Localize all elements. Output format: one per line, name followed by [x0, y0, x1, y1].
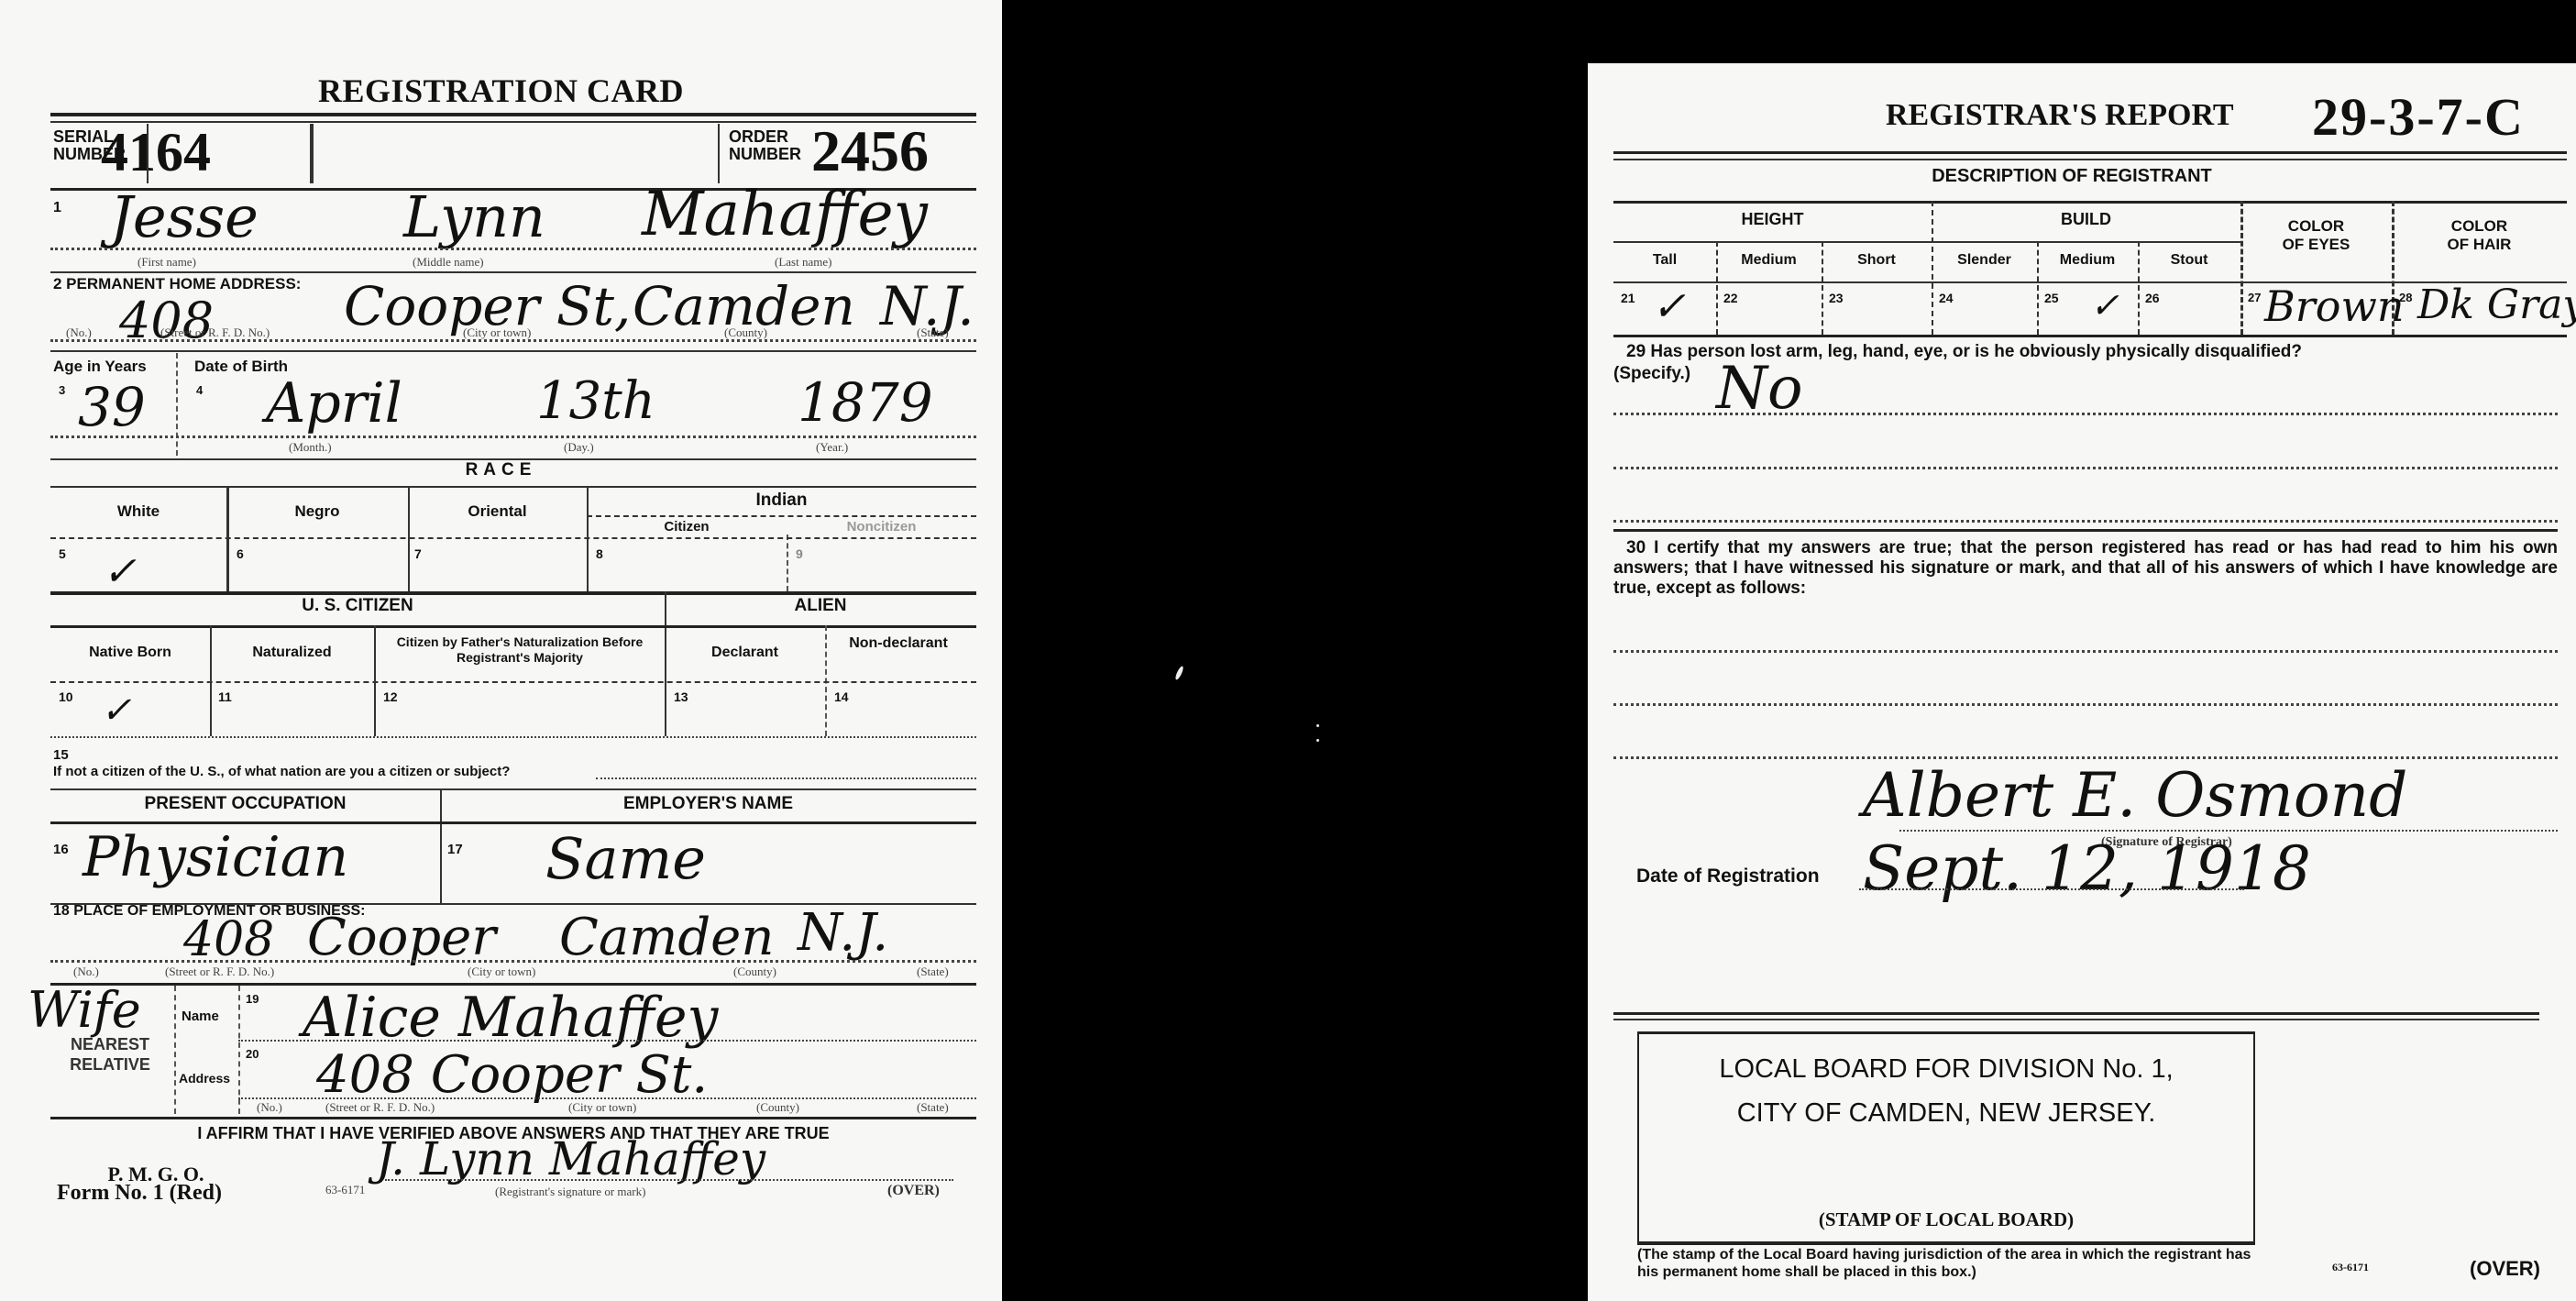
divider — [587, 515, 976, 517]
hair-color-value: Dk Gray — [2417, 281, 2576, 328]
order-number-value: 2456 — [811, 117, 929, 185]
native-born-check: ✓ — [101, 689, 132, 732]
divider — [1613, 159, 2567, 160]
divider — [1613, 151, 2567, 154]
dob-year-value: 1879 — [798, 371, 933, 434]
question-number: 1 — [53, 200, 61, 216]
stamp-footnote: (The stamp of the Local Board having jur… — [1637, 1246, 2261, 1281]
divider — [440, 788, 442, 903]
field-caption: (City or town) — [568, 1100, 636, 1115]
fill-line — [238, 1097, 976, 1099]
fill-line — [1613, 650, 2558, 653]
height-header: HEIGHT — [1613, 210, 1932, 229]
question-number: 15 — [53, 747, 69, 763]
divider — [50, 350, 976, 352]
field-caption: (Day.) — [564, 440, 594, 455]
over-label: (OVER) — [2470, 1257, 2540, 1281]
fill-line — [50, 960, 976, 963]
date-of-registration-value: Sept. 12, 1918 — [1863, 833, 2311, 904]
scan-artifact — [1316, 739, 1319, 742]
form-code: 63-6171 — [2332, 1261, 2369, 1274]
alien-column-nondeclarant: Non-declarant — [843, 634, 953, 652]
fill-line — [1613, 756, 2558, 759]
last-name-value: Mahaffey — [642, 179, 928, 249]
divider — [1613, 241, 2240, 243]
question-number: 10 — [59, 689, 73, 704]
employer-value: Same — [545, 825, 706, 892]
divider — [50, 821, 976, 824]
field-caption: (No.) — [73, 965, 99, 979]
relative-address-label: Address — [179, 1071, 230, 1086]
question-number: 5 — [59, 546, 66, 561]
registrant-signature: J. Lynn Mahaffey — [376, 1132, 765, 1185]
nearest-relative-label: NEAREST RELATIVE — [50, 1034, 170, 1075]
employment-address-state: N.J. — [798, 903, 888, 963]
home-address-label: 2 PERMANENT HOME ADDRESS: — [53, 275, 301, 293]
question-number: 24 — [1939, 291, 1954, 305]
divider — [1613, 1012, 2539, 1015]
field-caption: (County) — [733, 965, 776, 979]
field-caption: (No.) — [66, 325, 92, 340]
fill-line — [50, 248, 976, 250]
divider — [50, 271, 976, 273]
relative-address-value: 408 Cooper St. — [316, 1045, 708, 1105]
field-caption: (Street or R. F. D. No.) — [160, 325, 270, 340]
fill-line — [238, 1040, 976, 1042]
divider — [50, 625, 976, 628]
registrar-signature: Albert E. Osmond — [1863, 760, 2407, 831]
divider — [238, 986, 240, 1114]
divider — [50, 681, 976, 683]
height-column-short: Short — [1822, 252, 1932, 269]
build-medium-check: ✓ — [2090, 285, 2119, 325]
middle-name-value: Lynn — [403, 183, 545, 250]
serial-number-value: 4164 — [101, 121, 211, 184]
race-column-indian: Indian — [587, 491, 976, 511]
divider — [50, 788, 976, 790]
citizen-column-father: Citizen by Father's Naturalization Befor… — [380, 634, 659, 666]
build-column-stout: Stout — [2138, 252, 2240, 269]
report-code: 29-3-7-C — [2312, 86, 2525, 148]
question-number: 13 — [674, 689, 688, 704]
question-number: 20 — [246, 1047, 259, 1061]
race-white-check: ✓ — [103, 548, 137, 595]
dob-day-value: 13th — [536, 371, 655, 431]
stamp-line-1: LOCAL BOARD FOR DIVISION No. 1, — [1639, 1054, 2253, 1085]
age-label: Age in Years — [53, 358, 147, 376]
field-caption: (Year.) — [816, 440, 848, 455]
divider — [50, 1117, 976, 1119]
alien-title: ALIEN — [665, 596, 976, 616]
fill-line — [50, 436, 976, 438]
race-column-oriental: Oriental — [408, 502, 587, 521]
question-number: 26 — [2145, 291, 2160, 305]
first-name-value: Jesse — [110, 183, 259, 250]
question-number: 25 — [2044, 291, 2059, 305]
question-number: 3 — [59, 383, 65, 397]
race-column-white: White — [50, 502, 226, 521]
field-caption: (County) — [724, 325, 767, 340]
divider — [1613, 335, 2567, 337]
fill-line — [1613, 413, 2558, 415]
question-number: 6 — [237, 546, 244, 561]
field-caption: (First name) — [138, 255, 196, 270]
relative-name-label: Name — [182, 1009, 219, 1024]
question-number: 7 — [414, 546, 422, 561]
question-number: 14 — [834, 689, 849, 704]
date-of-registration-label: Date of Registration — [1636, 865, 1820, 888]
build-column-medium: Medium — [2037, 252, 2138, 269]
field-caption: (State) — [917, 325, 949, 340]
employment-address-street: Cooper — [307, 908, 496, 967]
fill-line — [1859, 888, 2244, 890]
alien-column-declarant: Declarant — [665, 645, 825, 661]
divider — [1613, 201, 2567, 204]
us-citizen-title: U. S. CITIZEN — [50, 596, 665, 616]
scan-artifact — [1316, 724, 1319, 727]
race-title: RACE — [0, 460, 1002, 480]
divider — [50, 113, 976, 116]
field-caption: (Street or R. F. D. No.) — [325, 1100, 435, 1115]
fill-line — [1613, 703, 2558, 706]
height-column-tall: Tall — [1613, 252, 1716, 269]
employment-address-number: 408 — [183, 912, 274, 967]
q15-text: If not a citizen of the U. S., of what n… — [53, 764, 510, 779]
divider — [665, 591, 666, 736]
field-caption: (City or town) — [463, 325, 531, 340]
divider — [1613, 1019, 2539, 1020]
question-number: 12 — [383, 689, 398, 704]
race-column-negro: Negro — [226, 502, 408, 521]
divider — [310, 124, 314, 183]
build-column-slender: Slender — [1932, 252, 2037, 269]
build-header: BUILD — [1932, 210, 2240, 229]
citizen-column-native: Native Born — [50, 645, 210, 661]
employer-header: EMPLOYER'S NAME — [440, 794, 976, 814]
race-column-indian-citizen: Citizen — [587, 519, 787, 535]
question-number: 19 — [246, 992, 259, 1006]
fill-line — [50, 736, 976, 738]
fill-line — [1613, 520, 2558, 523]
eyes-header: COLOR OF EYES — [2240, 217, 2392, 254]
hair-header: COLOR OF HAIR — [2392, 217, 2567, 254]
question-number: 22 — [1723, 291, 1738, 305]
form-code: 63-6171 — [325, 1183, 365, 1197]
description-title: DESCRIPTION OF REGISTRANT — [1613, 166, 2530, 187]
field-caption: (Last name) — [775, 255, 831, 270]
field-caption: (State) — [917, 1100, 949, 1115]
card-title: REGISTRATION CARD — [0, 72, 1002, 110]
divider — [147, 124, 149, 183]
occupation-value: Physician — [83, 825, 348, 889]
divider — [787, 535, 788, 591]
question-number: 27 — [2248, 291, 2261, 304]
eye-color-value: Brown — [2264, 281, 2405, 331]
local-board-stamp-box: LOCAL BOARD FOR DIVISION No. 1, CITY OF … — [1637, 1031, 2255, 1245]
divider — [50, 486, 976, 488]
relative-relation-value: Wife — [28, 981, 141, 1039]
question-number: 9 — [796, 546, 803, 561]
field-caption: (Street or R. F. D. No.) — [165, 965, 274, 979]
question-number: 16 — [53, 842, 69, 857]
employment-address-city: Camden — [559, 908, 774, 967]
over-label: (OVER) — [887, 1183, 940, 1199]
divider — [50, 537, 976, 539]
registrars-report-back: REGISTRAR'S REPORT 29-3-7-C DESCRIPTION … — [1588, 63, 2576, 1301]
question-number: 4 — [196, 383, 203, 397]
field-caption: (No.) — [257, 1100, 282, 1115]
divider — [174, 986, 176, 1114]
signature-caption: (Registrant's signature or mark) — [495, 1185, 645, 1199]
question-number: 21 — [1621, 291, 1635, 305]
stamp-caption: (STAMP OF LOCAL BOARD) — [1639, 1208, 2253, 1231]
field-caption: (Month.) — [289, 440, 332, 455]
report-title: REGISTRAR'S REPORT — [1886, 98, 2234, 133]
question-number: 11 — [218, 689, 232, 704]
occupation-header: PRESENT OCCUPATION — [50, 794, 440, 814]
question-number: 23 — [1829, 291, 1844, 305]
scan-artifact — [1174, 666, 1184, 681]
fill-line — [596, 777, 976, 779]
field-caption: (State) — [917, 965, 949, 979]
field-caption: (Middle name) — [413, 255, 484, 270]
fill-line — [1899, 830, 2558, 832]
fill-line — [385, 1179, 953, 1181]
citizen-column-naturalized: Naturalized — [210, 645, 374, 661]
divider — [718, 124, 720, 183]
height-column-medium: Medium — [1716, 252, 1822, 269]
divider — [50, 591, 976, 595]
field-caption: (County) — [756, 1100, 799, 1115]
dob-month-value: April — [266, 371, 402, 436]
q30-text: 30 I certify that my answers are true; t… — [1613, 538, 2558, 599]
q29-specify-label: (Specify.) — [1613, 364, 1690, 384]
fill-line — [1613, 467, 2558, 469]
stamp-line-2: CITY OF CAMDEN, NEW JERSEY. — [1639, 1098, 2253, 1129]
field-caption: (City or town) — [468, 965, 535, 979]
question-number: 17 — [447, 842, 463, 857]
race-column-indian-noncitizen: Noncitizen — [787, 519, 976, 535]
divider — [1613, 529, 2558, 532]
age-value: 39 — [78, 376, 146, 438]
question-number: 8 — [596, 546, 603, 561]
height-tall-check: ✓ — [1652, 283, 1686, 330]
registration-card-front: REGISTRATION CARD SERIAL NUMBER 4164 ORD… — [0, 0, 1002, 1301]
order-number-label: ORDER NUMBER — [729, 128, 801, 163]
divider — [176, 353, 178, 456]
form-number-label: Form No. 1 (Red) — [57, 1181, 222, 1206]
